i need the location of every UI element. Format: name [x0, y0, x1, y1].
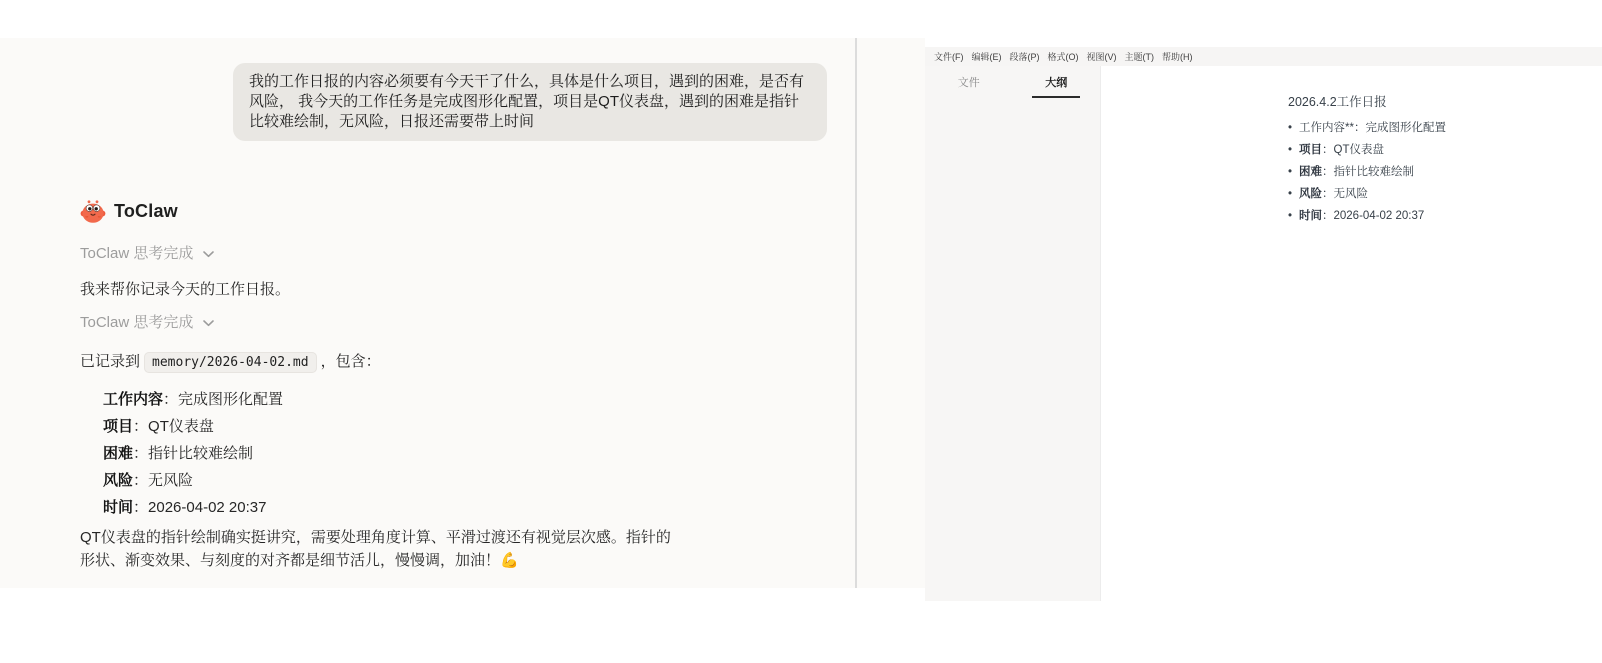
- closing-paragraph: QT仪表盘的指针绘制确实挺讲究，需要处理角度计算、平滑过渡还有视觉层次感。指针的…: [80, 526, 685, 572]
- doc-item-project: •项目：QT仪表盘: [1288, 139, 1446, 161]
- doc-item-time: •时间：2026-04-02 20:37: [1288, 205, 1446, 227]
- active-tab-indicator: [1032, 96, 1080, 98]
- editor-menubar: 文件(F) 编辑(E) 段落(P) 格式(O) 视图(V) 主题(T) 帮助(H…: [925, 47, 1602, 66]
- thinking-label: ToClaw 思考完成: [80, 311, 193, 332]
- chat-panel-divider: [855, 38, 857, 588]
- assistant-response: ToClaw ToClaw 思考完成 我来帮你记录今天的工作日报。 ToClaw…: [80, 197, 720, 572]
- toclaw-chat-panel: 我的工作日报的内容必须要有今天干了什么，具体是什么项目，遇到的困难，是否有风险，…: [0, 38, 925, 588]
- assistant-header: ToClaw: [80, 197, 720, 225]
- report-item-project: 项目：QT仪表盘: [103, 413, 720, 440]
- assistant-name: ToClaw: [114, 201, 178, 222]
- assistant-intro: 我来帮你记录今天的工作日报。: [80, 281, 720, 299]
- sidebar-tabs: 文件 大纲: [925, 71, 1100, 97]
- menu-theme[interactable]: 主题(T): [1121, 50, 1159, 63]
- desktop: 我的工作日报的内容必须要有今天干了什么，具体是什么项目，遇到的困难，是否有风险，…: [0, 0, 1602, 663]
- doc-item-difficulty: •困难：指针比较难绘制: [1288, 161, 1446, 183]
- document-content: 2026.4.2工作日报 •工作内容**：完成图形化配置 •项目：QT仪表盘 •…: [1288, 92, 1446, 227]
- menu-help[interactable]: 帮助(H): [1158, 50, 1197, 63]
- record-suffix: ，包含：: [321, 353, 381, 370]
- chevron-down-icon: [203, 314, 214, 331]
- menu-view[interactable]: 视图(V): [1083, 50, 1121, 63]
- report-item-difficulty: 困难：指针比较难绘制: [103, 440, 720, 467]
- report-item-work: 工作内容：完成图形化配置: [103, 386, 720, 413]
- record-line: 已记录到memory/2026-04-02.md，包含：: [80, 350, 720, 370]
- thinking-toggle-1[interactable]: ToClaw 思考完成: [80, 243, 720, 261]
- menu-edit[interactable]: 编辑(E): [968, 50, 1006, 63]
- tab-outline[interactable]: 大纲: [1013, 71, 1101, 97]
- document-bullet-list: •工作内容**：完成图形化配置 •项目：QT仪表盘 •困难：指针比较难绘制 •风…: [1288, 117, 1446, 227]
- record-prefix: 已记录到: [80, 353, 140, 370]
- toclaw-mascot-icon: [80, 198, 106, 224]
- menu-format[interactable]: 格式(O): [1044, 50, 1083, 63]
- document-area[interactable]: 2026.4.2工作日报 •工作内容**：完成图形化配置 •项目：QT仪表盘 •…: [1101, 66, 1602, 601]
- thinking-label: ToClaw 思考完成: [80, 242, 193, 263]
- report-item-time: 时间：2026-04-02 20:37: [103, 494, 720, 521]
- tab-files[interactable]: 文件: [925, 71, 1013, 97]
- doc-item-work: •工作内容**：完成图形化配置: [1288, 117, 1446, 139]
- editor-body: 文件 大纲 2026.4.2工作日报 •工作内容**：完成图形化配置 •项目：Q…: [925, 66, 1602, 601]
- document-title: 2026.4.2工作日报: [1288, 92, 1446, 108]
- markdown-editor-window: 文件(F) 编辑(E) 段落(P) 格式(O) 视图(V) 主题(T) 帮助(H…: [925, 47, 1602, 601]
- editor-sidebar: 文件 大纲: [925, 66, 1101, 601]
- menu-file[interactable]: 文件(F): [930, 50, 968, 63]
- menu-paragraph[interactable]: 段落(P): [1006, 50, 1044, 63]
- chevron-down-icon: [203, 245, 214, 262]
- user-message-bubble: 我的工作日报的内容必须要有今天干了什么，具体是什么项目，遇到的困难，是否有风险，…: [233, 63, 827, 141]
- report-list: 工作内容：完成图形化配置 项目：QT仪表盘 困难：指针比较难绘制 风险：无风险 …: [103, 386, 720, 521]
- file-path-code: memory/2026-04-02.md: [144, 352, 317, 373]
- doc-item-risk: •风险：无风险: [1288, 183, 1446, 205]
- report-item-risk: 风险：无风险: [103, 467, 720, 494]
- thinking-toggle-2[interactable]: ToClaw 思考完成: [80, 312, 720, 330]
